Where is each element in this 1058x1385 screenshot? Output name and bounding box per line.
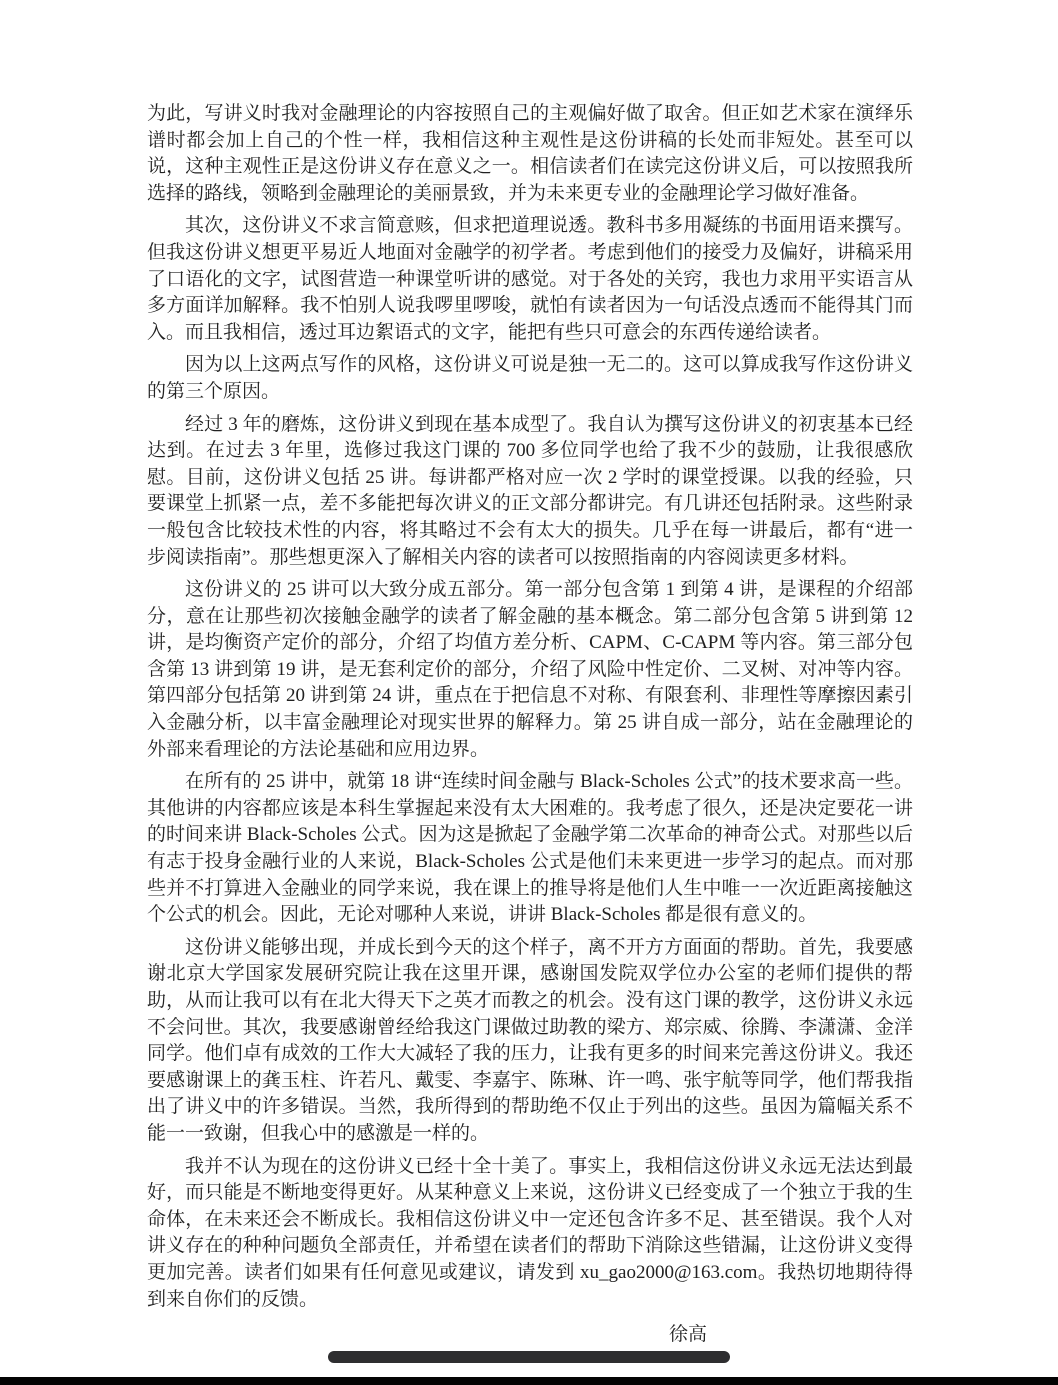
paragraph: 因为以上这两点写作的风格，这份讲义可说是独一无二的。这可以算成我写作这份讲义的第… xyxy=(147,352,913,405)
paragraph: 为此，写讲义时我对金融理论的内容按照自己的主观偏好做了取舍。但正如艺术家在演绎乐… xyxy=(147,101,913,207)
screen-bottom-edge xyxy=(0,1377,1058,1385)
paragraph: 这份讲义的 25 讲可以大致分成五部分。第一部分包含第 1 到第 4 讲，是课程… xyxy=(147,577,913,763)
paragraph: 在所有的 25 讲中，就第 18 讲“连续时间金融与 Black-Scholes… xyxy=(147,769,913,929)
paragraph: 这份讲义能够出现，并成长到今天的这个样子，离不开方方面面的帮助。首先，我要感谢北… xyxy=(147,935,913,1148)
signature: 徐高 xyxy=(147,1322,913,1349)
paragraph: 经过 3 年的磨炼，这份讲义到现在基本成型了。我自认为撰写这份讲义的初衷基本已经… xyxy=(147,412,913,572)
paragraph: 我并不认为现在的这份讲义已经十全十美了。事实上，我相信这份讲义永远无法达到最好，… xyxy=(147,1154,913,1314)
preface-text-block: 为此，写讲义时我对金融理论的内容按照自己的主观偏好做了取舍。但正如艺术家在演绎乐… xyxy=(147,101,913,1349)
document-page: 为此，写讲义时我对金融理论的内容按照自己的主观偏好做了取舍。但正如艺术家在演绎乐… xyxy=(0,0,1058,1385)
paragraph: 其次，这份讲义不求言简意赅，但求把道理说透。教科书多用凝练的书面用语来撰写。但我… xyxy=(147,213,913,346)
home-indicator[interactable] xyxy=(328,1351,730,1363)
